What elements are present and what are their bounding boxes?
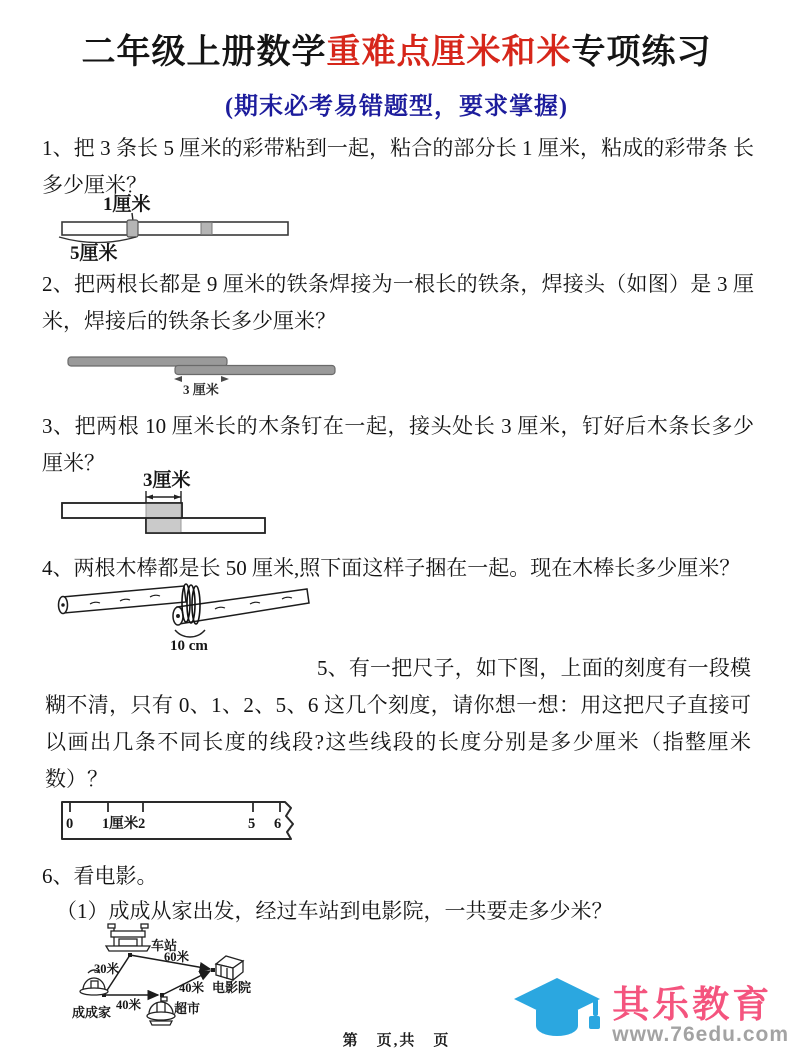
title-highlight: 重难点厘米和米 — [327, 34, 572, 71]
logo-website: www.76edu.com — [612, 1024, 789, 1046]
q2-arrow-left — [174, 376, 182, 382]
question-1-diagram: 1厘米 5厘米 — [55, 192, 305, 264]
ruler-outline — [62, 802, 293, 839]
q3-arrowhead-left — [146, 495, 153, 500]
ruler-mark-0: 0 — [66, 816, 73, 832]
map-label-market: 超市 — [174, 1001, 200, 1016]
q2-overlap-label: 3 厘米 — [183, 382, 219, 397]
ruler-mark-2: 2 — [138, 816, 145, 832]
q1-brace — [59, 237, 136, 243]
question-6-text: 6、看电影。 — [42, 858, 754, 895]
brand-logo: 其乐教育 www.76edu.com — [510, 970, 789, 1062]
question-5-text: 5、有一把尺子，如下图，上面的刻度有一段模糊不清，只有 0、1、2、5、6 这几… — [45, 650, 751, 798]
graduation-cap-icon — [510, 970, 606, 1062]
ruler-mark-6: 6 — [274, 816, 281, 832]
question-2-text: 2、把两根长都是 9 厘米的铁条焊接为一根长的铁条，焊接头（如图）是 3 厘米，… — [42, 266, 754, 340]
map-dist-home-market: 40米 — [116, 997, 142, 1012]
page-subtitle: (期末必考易错题型，要求掌握) — [0, 86, 793, 121]
title-left: 二年级上册数学 — [82, 34, 327, 71]
q2-arrow-right — [221, 376, 229, 382]
map-label-home: 成成家 — [72, 1005, 111, 1020]
q3-overlap-label: 3厘米 — [143, 468, 191, 491]
question-4-diagram: 10 cm — [50, 576, 320, 654]
bus-station-icon — [106, 924, 150, 951]
q1-joint-2 — [201, 223, 212, 235]
worksheet-page: 二年级上册数学重难点厘米和米专项练习 (期末必考易错题型，要求掌握) 1、把 3… — [0, 0, 793, 1064]
page-title: 二年级上册数学重难点厘米和米专项练习 — [0, 24, 793, 73]
q2-iron-bar-top — [68, 357, 227, 366]
map-dist-station-cinema: 60米 — [164, 949, 190, 964]
question-3-diagram: 3厘米 — [50, 468, 290, 548]
question-2-diagram: 3 厘米 — [55, 346, 355, 404]
q1-joint-1 — [127, 220, 138, 237]
map-dist-home-station: 30米 — [94, 961, 120, 976]
q4-brace — [175, 630, 205, 637]
market-icon — [147, 997, 175, 1025]
logo-brand-name: 其乐教育 — [612, 986, 772, 1025]
map-label-cinema: 电影院 — [212, 980, 251, 995]
q1-ribbon-bar — [62, 222, 288, 235]
ruler-mark-5: 5 — [248, 816, 255, 832]
q3-arrowhead-right — [174, 495, 181, 500]
question-5-ruler: 0 1厘米 2 5 6 — [58, 794, 303, 846]
title-right: 专项练习 — [572, 34, 712, 71]
map-dist-market-cinema: 40米 — [179, 980, 205, 995]
logo-text-block: 其乐教育 www.76edu.com — [612, 986, 789, 1047]
q1-bottom-label: 5厘米 — [70, 241, 118, 264]
ruler-mark-1cm: 1厘米 — [102, 814, 139, 832]
q2-iron-bar-bottom — [175, 366, 335, 375]
q1-top-label: 1厘米 — [103, 192, 151, 215]
cinema-icon — [216, 956, 243, 980]
